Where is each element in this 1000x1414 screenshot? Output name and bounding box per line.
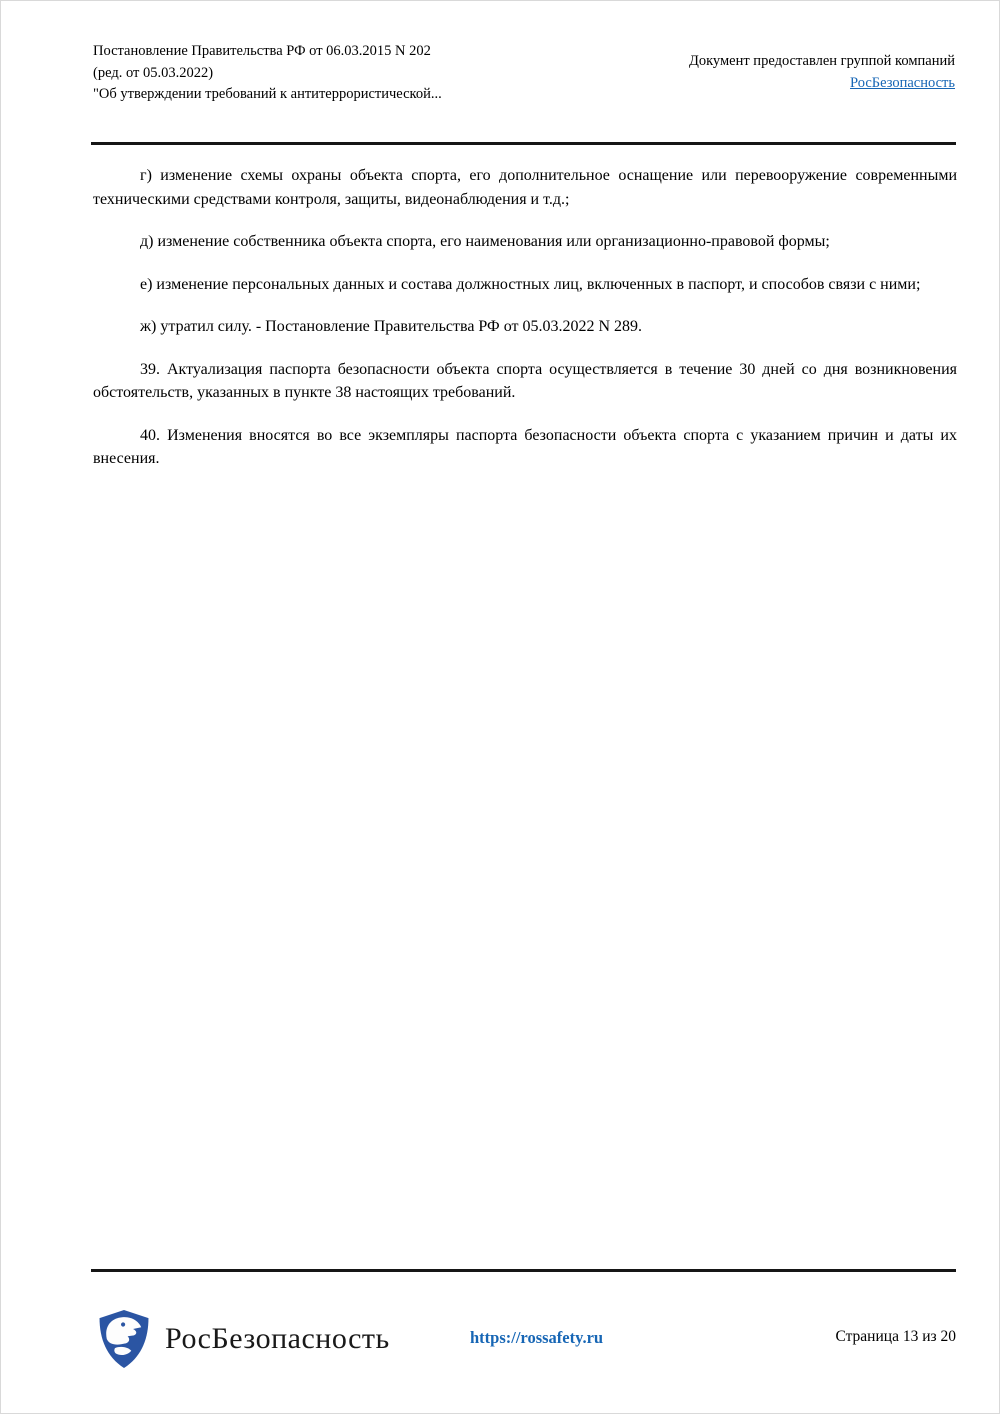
paragraph-e: е) изменение персональных данных и соста… — [93, 273, 957, 297]
paragraph-39: 39. Актуализация паспорта безопасности о… — [93, 358, 957, 405]
paragraph-g: г) изменение схемы охраны объекта спорта… — [93, 164, 957, 211]
paragraph-40: 40. Изменения вносятся во все экземпляры… — [93, 424, 957, 471]
footer-brand-name: РосБезопасность — [165, 1322, 390, 1356]
shield-eagle-logo-icon — [95, 1308, 153, 1370]
provider-link[interactable]: РосБезопасность — [850, 75, 955, 91]
header-title-line-1: Постановление Правительства РФ от 06.03.… — [93, 41, 613, 63]
page-number: Страница 13 из 20 — [835, 1328, 956, 1346]
footer-site-link[interactable]: https://rossafety.ru — [470, 1328, 603, 1348]
footer-divider — [91, 1269, 956, 1272]
paragraph-zh: ж) утратил силу. - Постановление Правите… — [93, 315, 957, 339]
document-page: Постановление Правительства РФ от 06.03.… — [0, 0, 1000, 1414]
paragraph-d: д) изменение собственника объекта спорта… — [93, 230, 957, 254]
header-title-line-3: "Об утверждении требований к антитеррори… — [93, 84, 613, 106]
document-header-title: Постановление Правительства РФ от 06.03.… — [93, 41, 613, 106]
document-provider-block: Документ предоставлен группой компаний Р… — [555, 51, 955, 94]
header-title-line-2: (ред. от 05.03.2022) — [93, 63, 613, 85]
footer-brand: РосБезопасность — [95, 1306, 390, 1372]
provider-text: Документ предоставлен группой компаний — [555, 51, 955, 73]
header-divider — [91, 142, 956, 145]
document-body: г) изменение схемы охраны объекта спорта… — [93, 164, 957, 490]
